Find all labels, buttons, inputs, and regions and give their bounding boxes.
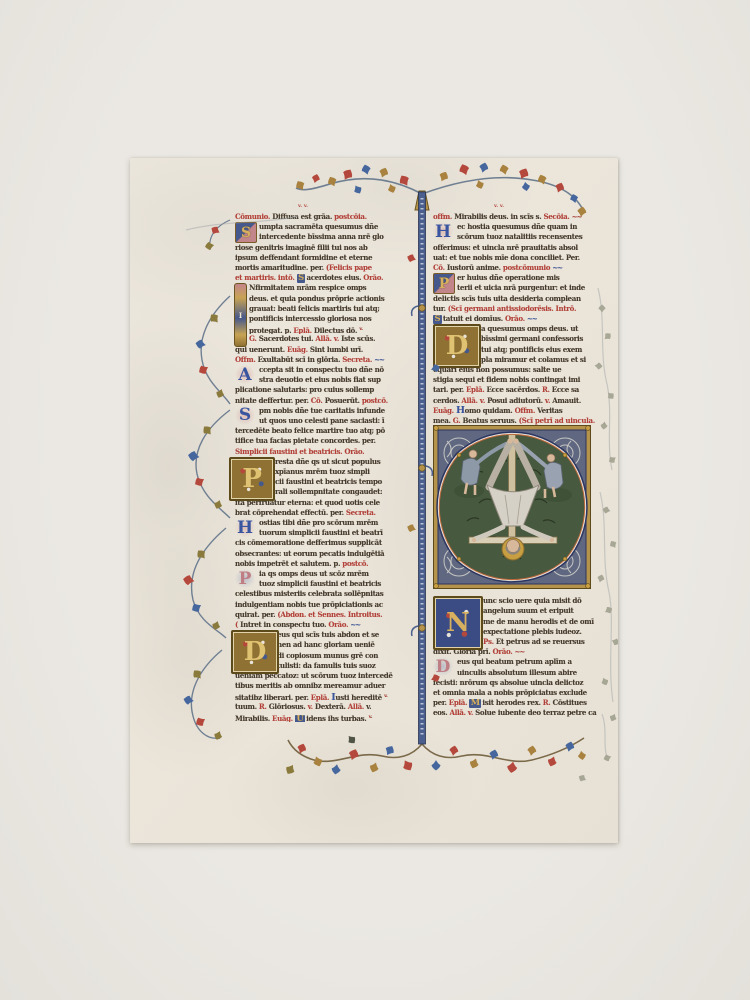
ivy-leaf — [311, 173, 321, 184]
text-block: Da quesumus omps deus. utbīssimi germani… — [433, 324, 609, 426]
text-line: Nfirmitatem nrām respice omps — [235, 283, 411, 293]
text-line: plicatione salutaris: pro cuius sollemp — [235, 385, 411, 395]
ghost-ivy-leaf — [602, 506, 611, 515]
text-line: scōrum tuoz natalitiis recensentes — [433, 232, 609, 242]
text-block: Spm nobis dñe tue caritatis infundeut qu… — [235, 406, 411, 447]
ghost-ivy-leaf — [577, 773, 587, 783]
ivy-leaf — [183, 695, 195, 706]
text-line: Simplicii faustini et beatricis. Orāo. — [235, 447, 411, 457]
ivy-leaf — [312, 755, 324, 768]
ivy-leaf — [326, 175, 339, 188]
text-line: offm. Mirabilis deus. in scīs s. Secōia.… — [433, 212, 609, 222]
ivy-leaf — [213, 730, 224, 741]
text-line: quirat. per. (Abdon. et Sennes. Introitu… — [235, 610, 411, 620]
text-line: brat cōprehendat effectū. per. Secreta. — [235, 508, 411, 518]
ivy-leaf — [208, 312, 222, 326]
ivy-leaf — [284, 763, 297, 776]
illuminated-initial-D: D — [433, 657, 453, 676]
text-line: tari. per. Eplā. Ecce sacērdos. R. Ecce … — [433, 385, 609, 395]
ivy-leaf — [182, 574, 195, 586]
illuminated-initial-N: N — [433, 596, 483, 650]
interlinear-mark: v. v. — [494, 203, 504, 209]
illuminated-initial-D: D — [433, 324, 481, 368]
ivy-leaf — [352, 183, 364, 195]
text-line: et omnia mala a nobis prōpiciatus exclud… — [433, 688, 609, 698]
text-block: Cōmunio. Diffusa est grāa. postcōia. — [235, 212, 411, 222]
vine-stem — [210, 220, 230, 250]
text-block: Nunc scio uere quia misit dōangelum suum… — [433, 596, 609, 657]
ghost-ivy-leaf — [608, 712, 618, 722]
vine-stem — [426, 466, 432, 476]
text-line: protegat. p. Eplā. Dilectus dō. v. — [235, 324, 411, 334]
ivy-leaf — [201, 424, 215, 438]
text-line: Offm. Exultabūt scī in glōria. Secreta. … — [235, 355, 411, 365]
ivy-leaf — [458, 163, 471, 177]
photo-background: Cōmunio. Diffusa est grāa. postcōia.Sump… — [0, 0, 750, 1000]
ivy-leaf — [190, 601, 203, 614]
vine-stem — [196, 410, 230, 518]
ghost-ivy-leaf — [611, 637, 618, 646]
vine-stem — [412, 626, 418, 636]
text-block: Accepta sit in conspectu tuo dñe nōstra … — [235, 365, 411, 406]
text-line: offerimus: et uincla nrē prauitatis abso… — [433, 243, 609, 253]
text-line: per. Eplā. Misit herodes rex. R. Cōstitu… — [433, 698, 609, 708]
text-line: eus qui beatum petrum aplīm a — [433, 657, 609, 667]
ivy-leaf — [193, 475, 206, 488]
text-line: pm nobis dñe tue caritatis infunde — [235, 406, 411, 416]
vine-stem — [191, 650, 222, 738]
illuminated-initial-S: S — [235, 406, 255, 425]
ivy-leaf — [360, 163, 371, 175]
text-line: ia qs omps deus ut scōz mrēm — [235, 569, 411, 579]
vine-stem — [192, 528, 226, 638]
ivy-leaf — [211, 620, 222, 631]
text-block: ( Intret in conspectu tuo. Orāo. ~~ — [235, 620, 411, 630]
illuminated-initial-D: D — [231, 630, 279, 674]
text-line: ec hostia quesumus dñe quam in — [433, 222, 609, 232]
ivy-leaf — [346, 733, 358, 745]
text-block: Pia qs omps deus ut scōz mrēmtuoz simpli… — [235, 569, 411, 620]
ivy-leaf — [569, 193, 579, 204]
text-line: ( Intret in conspectu tuo. Orāo. ~~ — [235, 620, 411, 630]
text-line: nobis impetrēt et salutem. p. postcō. — [235, 559, 411, 569]
vine-stem — [288, 740, 422, 761]
vine-stem — [422, 738, 584, 761]
gutter-bar — [419, 192, 426, 744]
ivy-leaf — [577, 750, 586, 760]
text-line: et martiris. intō. Sacerdotes eius. Orāo… — [235, 273, 411, 283]
illuminated-initial-P: P — [433, 273, 455, 294]
ivy-leaf — [546, 755, 558, 768]
ghost-vine-stem — [602, 714, 608, 760]
ivy-leaf — [204, 241, 214, 250]
text-block: Cō. Iustorū anime. postcōmunio ~~ — [433, 263, 609, 273]
ivy-leaf — [517, 166, 531, 181]
ivy-leaf — [215, 388, 226, 399]
text-block: Hec hostia quesumus dñe quam inscōrum tu… — [433, 222, 609, 263]
ivy-leaf — [527, 745, 538, 757]
text-line: cis cōmemoratione defferimus supplicāt — [235, 538, 411, 548]
text-line: terii et uicia nrā purgentur: et inde — [433, 283, 609, 293]
text-line: eos. Allā. v. Solue iubente deo terraz p… — [433, 708, 609, 718]
ivy-leaf — [368, 761, 380, 774]
text-block: Deus qui beatum petrum aplīm auinculis a… — [433, 657, 609, 718]
text-line: grauat: beati felicis martiris tui atq; — [235, 304, 411, 314]
ivy-leaf — [347, 748, 360, 762]
text-line: Mirabilis. Euāg. Uidens ihs turbas. v. — [235, 712, 411, 722]
ghost-ivy-leaf — [596, 574, 605, 584]
ivy-leaf — [187, 450, 200, 462]
ivy-leaf — [536, 173, 548, 186]
text-block: Deus qui scīs tuis abdon et senen ad han… — [235, 630, 411, 722]
ivy-leaf — [195, 339, 207, 350]
ivy-leaf — [437, 170, 450, 183]
text-line: obsecrantes: ut eorum pecatis indulgētiā — [235, 549, 411, 559]
ivy-leaf — [213, 499, 224, 510]
text-line: stigia sequi et fidem nobis contingat im… — [433, 375, 609, 385]
vine-stem — [201, 296, 230, 404]
text-block: Simplicii faustini et beatricis. Orāo. — [235, 447, 411, 457]
text-line: mortis amaritudine. per. (Felicis pape — [235, 263, 411, 273]
text-line: tur. (Scī germani antissiodorēsis. Intrō… — [433, 304, 609, 314]
text-line: indulgentiam nobis tue prōpiciationis ac — [235, 600, 411, 610]
ivy-leaf — [191, 668, 205, 682]
ivy-leaf — [449, 745, 460, 757]
text-block: Presta dñe qs ut sicut populusxpīanus mr… — [235, 457, 411, 518]
illuminated-initial-H: H — [433, 222, 453, 241]
text-line: ut quos uno celesti pane saciasti: ī — [235, 416, 411, 426]
illuminated-initial-H: H — [235, 518, 255, 537]
ivy-leaf — [383, 744, 396, 757]
text-line: tuoz simplicii faustini et beatricis — [235, 579, 411, 589]
ivy-leaf — [506, 761, 518, 774]
ivy-leaf — [294, 179, 307, 192]
text-line: sitatibz liberari. per. Eplā. Iusti here… — [235, 691, 411, 701]
text-line: celestibus misteriis celebrata sollēpnit… — [235, 589, 411, 599]
illuminated-initial-I: I — [234, 283, 247, 347]
ivy-leaf — [474, 179, 485, 190]
ghost-ivy-leaf — [603, 753, 613, 762]
ivy-leaf — [378, 166, 390, 179]
text-line: Cō. Iustorū anime. postcōmunio ~~ — [433, 263, 609, 273]
manuscript-page: Cōmunio. Diffusa est grāa. postcōia.Sump… — [130, 158, 618, 843]
ivy-leaf — [468, 757, 480, 770]
text-block: Sumpta sacramēta quesumus dñeintercedent… — [235, 222, 411, 273]
vine-stem — [296, 179, 422, 194]
ivy-leaf — [195, 548, 209, 562]
text-block: Statuit ei domīus. Orāo. ~~ — [433, 314, 609, 324]
text-block: Hostias tibi dñe pro scōrum mrēmtuorum s… — [235, 518, 411, 569]
ivy-leaf — [197, 363, 210, 376]
text-line: delictis scīs tuis uita desideria comple… — [433, 294, 609, 304]
text-line: er huius dñe operatione mis — [433, 273, 609, 283]
text-line: riose genitris imaginē filii tui nos ab — [235, 243, 411, 253]
text-line: tuorum simplicii faustini et beatrī — [235, 528, 411, 538]
text-block: INfirmitatem nrām respice ompsdeus. et q… — [235, 283, 411, 365]
text-line: ccepta sit in conspectu tuo dñe nō — [235, 365, 411, 375]
ground-mound-right — [542, 488, 572, 502]
gutter-trunk — [415, 191, 429, 210]
illuminated-initial-P: P — [235, 569, 255, 588]
text-block: Per huius dñe operatione misterii et uic… — [433, 273, 609, 314]
text-line: uinculis absolutum illesum abire — [433, 668, 609, 678]
text-line: Euāg. Homo quidam. Offm. Veritas — [433, 406, 609, 416]
text-line: ostias tibi dñe pro scōrum mrēm — [235, 518, 411, 528]
text-line: tifice tua facias pietate concordes. per… — [235, 436, 411, 446]
text-line: uat: et tue nobis mīe dona conciliet. Pe… — [433, 253, 609, 263]
text-line: deus. et quia pondus prōprie actionis — [235, 294, 411, 304]
text-line: ipsum deffendant formidine et eterne — [235, 253, 411, 263]
ivy-leaf — [296, 742, 308, 755]
text-line: Statuit ei domīus. Orāo. ~~ — [433, 314, 609, 324]
text-line: pontificis intercessio gloriosa nos — [235, 314, 411, 324]
gutter-knobs — [419, 305, 425, 631]
text-line: umpta sacramēta quesumus dñe — [235, 222, 411, 232]
miniature-st-peter-crucifixion — [433, 425, 591, 589]
ivy-leaf — [564, 740, 575, 752]
ivy-leaf — [432, 760, 441, 770]
interlinear-mark: v. v. — [298, 203, 308, 209]
ghost-ivy-leaf — [608, 539, 618, 550]
ivy-leaf — [194, 715, 207, 728]
ivy-leaf — [386, 183, 397, 194]
text-line: stra deuotio et eius nobis fiat sup — [235, 375, 411, 385]
text-line: fecisti: nrōrum qs absolue uincla delict… — [433, 678, 609, 688]
ivy-leaf — [498, 163, 509, 175]
illuminated-initial-S: S — [235, 222, 257, 243]
text-line: Cōmunio. Diffusa est grāa. postcōia. — [235, 212, 411, 222]
ivy-leaf — [210, 225, 222, 237]
ivy-leaf — [521, 181, 530, 191]
text-line: tuum. R. Glōriosus. v. Dexterā. Allā. v. — [235, 702, 411, 712]
ivy-leaf — [397, 173, 411, 188]
ivy-leaf — [340, 167, 354, 182]
text-line: cerdos. Allā. v. Posui adiutorū. v. Amau… — [433, 396, 609, 406]
text-line: tibus meritis ab omnibz mereamur aduer — [235, 681, 411, 691]
illuminated-initial-P: P — [229, 457, 275, 501]
ivy-leaf — [554, 181, 566, 194]
text-line: G. Sacerdotes tui. Allā. v. Iste scūs. — [235, 334, 411, 344]
text-block: et martiris. intō. Sacerdotes eius. Orāo… — [235, 273, 411, 283]
text-block: offm. Mirabilis deus. in scīs s. Secōia.… — [433, 212, 609, 222]
ivy-leaf — [400, 758, 414, 773]
ivy-leaf — [488, 748, 499, 760]
vine-stem — [412, 306, 418, 316]
illuminated-initial-A: A — [235, 365, 255, 384]
ground-mound-left — [454, 484, 484, 498]
text-line: tercedēte beato felice martire tuo atq; … — [235, 426, 411, 436]
text-line: intercedente bīssima anna nrē glo — [235, 232, 411, 242]
text-line: qui uenerunt. Euāg. Sint lumbi urī. — [235, 345, 411, 355]
text-line: nitate deffertur. per. Cō. Posuerūt. pos… — [235, 396, 411, 406]
ivy-leaf — [478, 161, 489, 173]
ivy-leaf — [331, 763, 342, 775]
ghost-ivy-leaf — [607, 455, 618, 465]
